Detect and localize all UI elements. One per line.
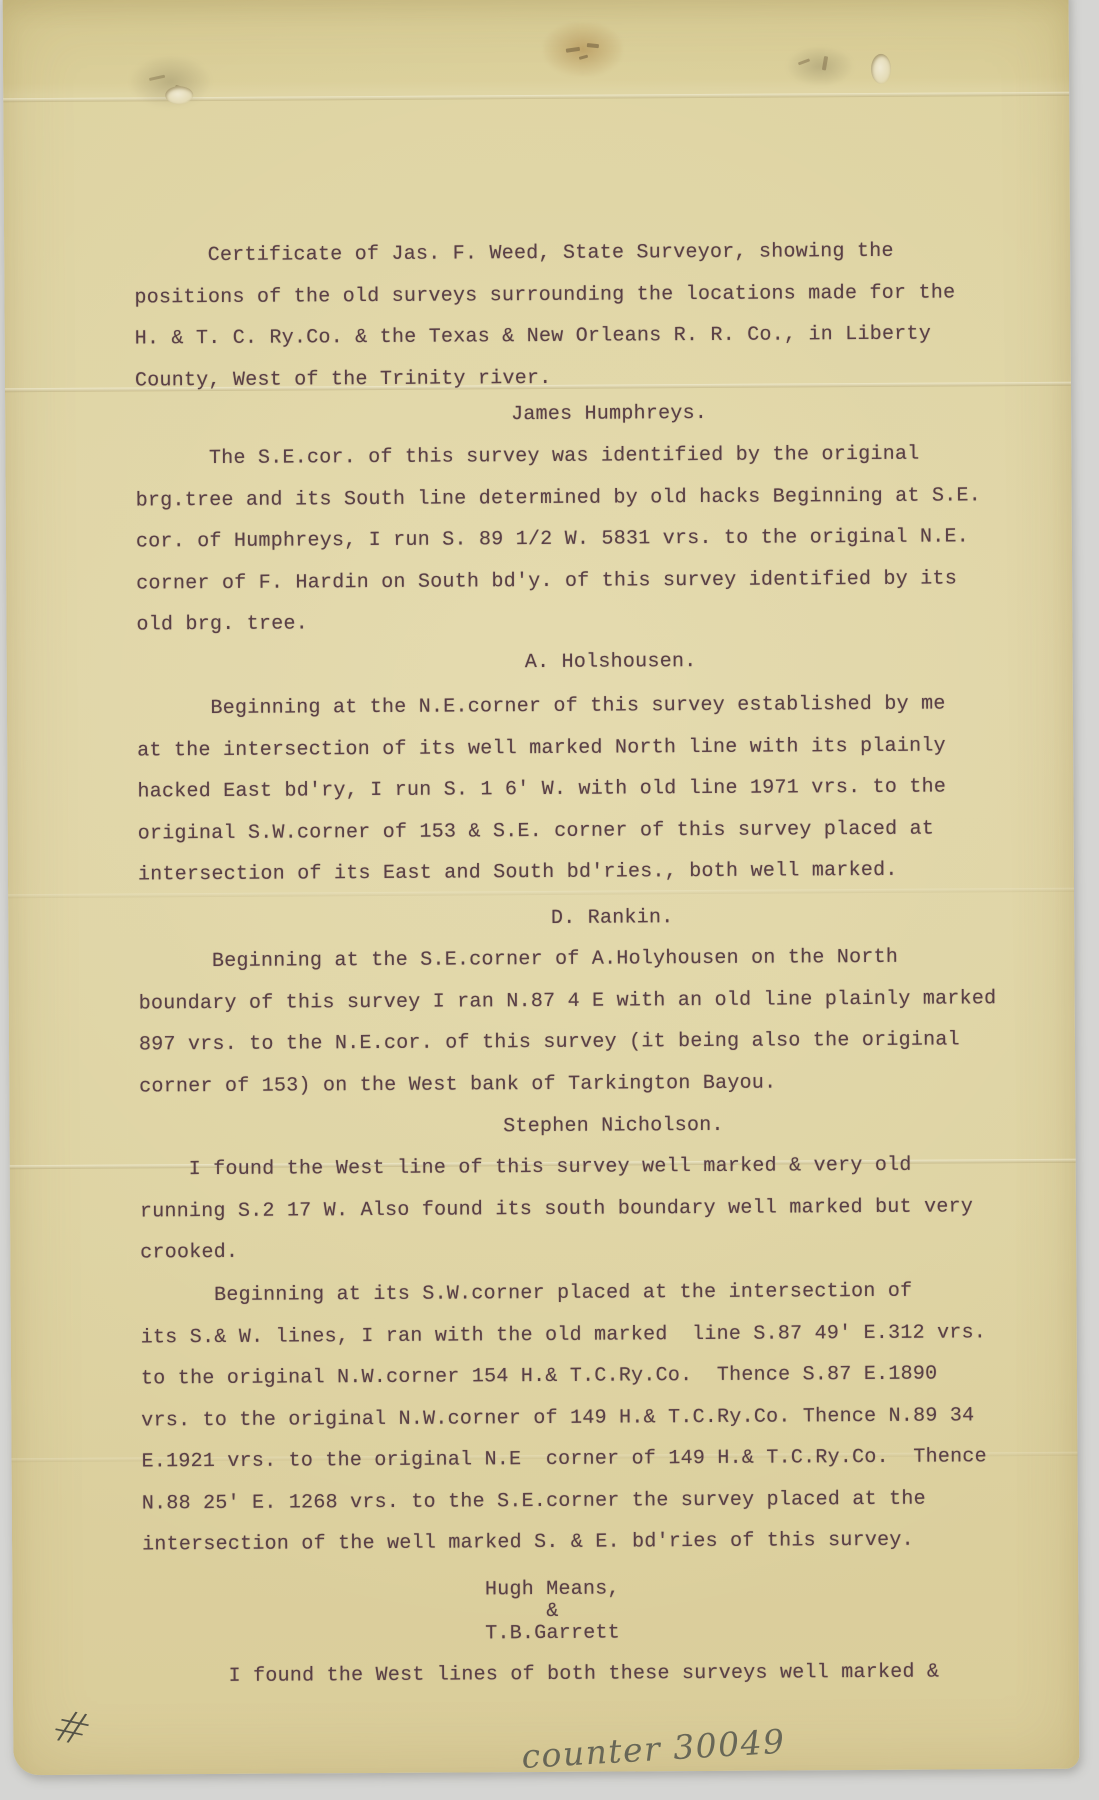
signature-block: Hugh Means, & T.B.Garrett [112,1576,992,1647]
pencil-speck [798,58,810,65]
ink-speck [579,55,588,60]
section-body-nicholson-1: I found the West line of this survey wel… [140,1144,1021,1274]
section-body-rankin: Beginning at the S.E.corner of A.Holyhou… [138,936,1019,1107]
section-heading-nicholson: Stephen Nicholson. [139,1103,1053,1150]
pencil-speck [822,56,828,70]
ink-speck [587,43,599,48]
pencil-smudge [785,45,855,87]
section-heading-holshousen: A. Holshousen. [137,639,1051,686]
staple-tear [165,86,193,104]
closing-paragraph: I found the West lines of both these sur… [143,1651,1023,1698]
counter-number-note: counter 30049 [520,1722,786,1776]
rust-stain [543,21,623,76]
section-heading-humphreys: James Humphreys. [135,391,1049,438]
section-body-humphreys: The S.E.cor. of this survey was identifi… [135,433,1016,646]
ink-speck [566,47,580,53]
section-body-nicholson-2: Beginning at its S.W.corner placed at th… [140,1270,1022,1566]
section-body-holshousen: Beginning at the N.E.corner of this surv… [137,683,1018,896]
staple-tear [871,54,891,84]
hash-mark: # [45,1700,98,1756]
paper-sheet: Certificate of Jas. F. Weed, State Surve… [3,0,1080,1775]
fold-crease [3,92,1069,103]
pencil-speck [149,75,165,81]
section-heading-rankin: D. Rankin. [138,895,1052,942]
intro-paragraph: Certificate of Jas. F. Weed, State Surve… [134,230,1015,401]
